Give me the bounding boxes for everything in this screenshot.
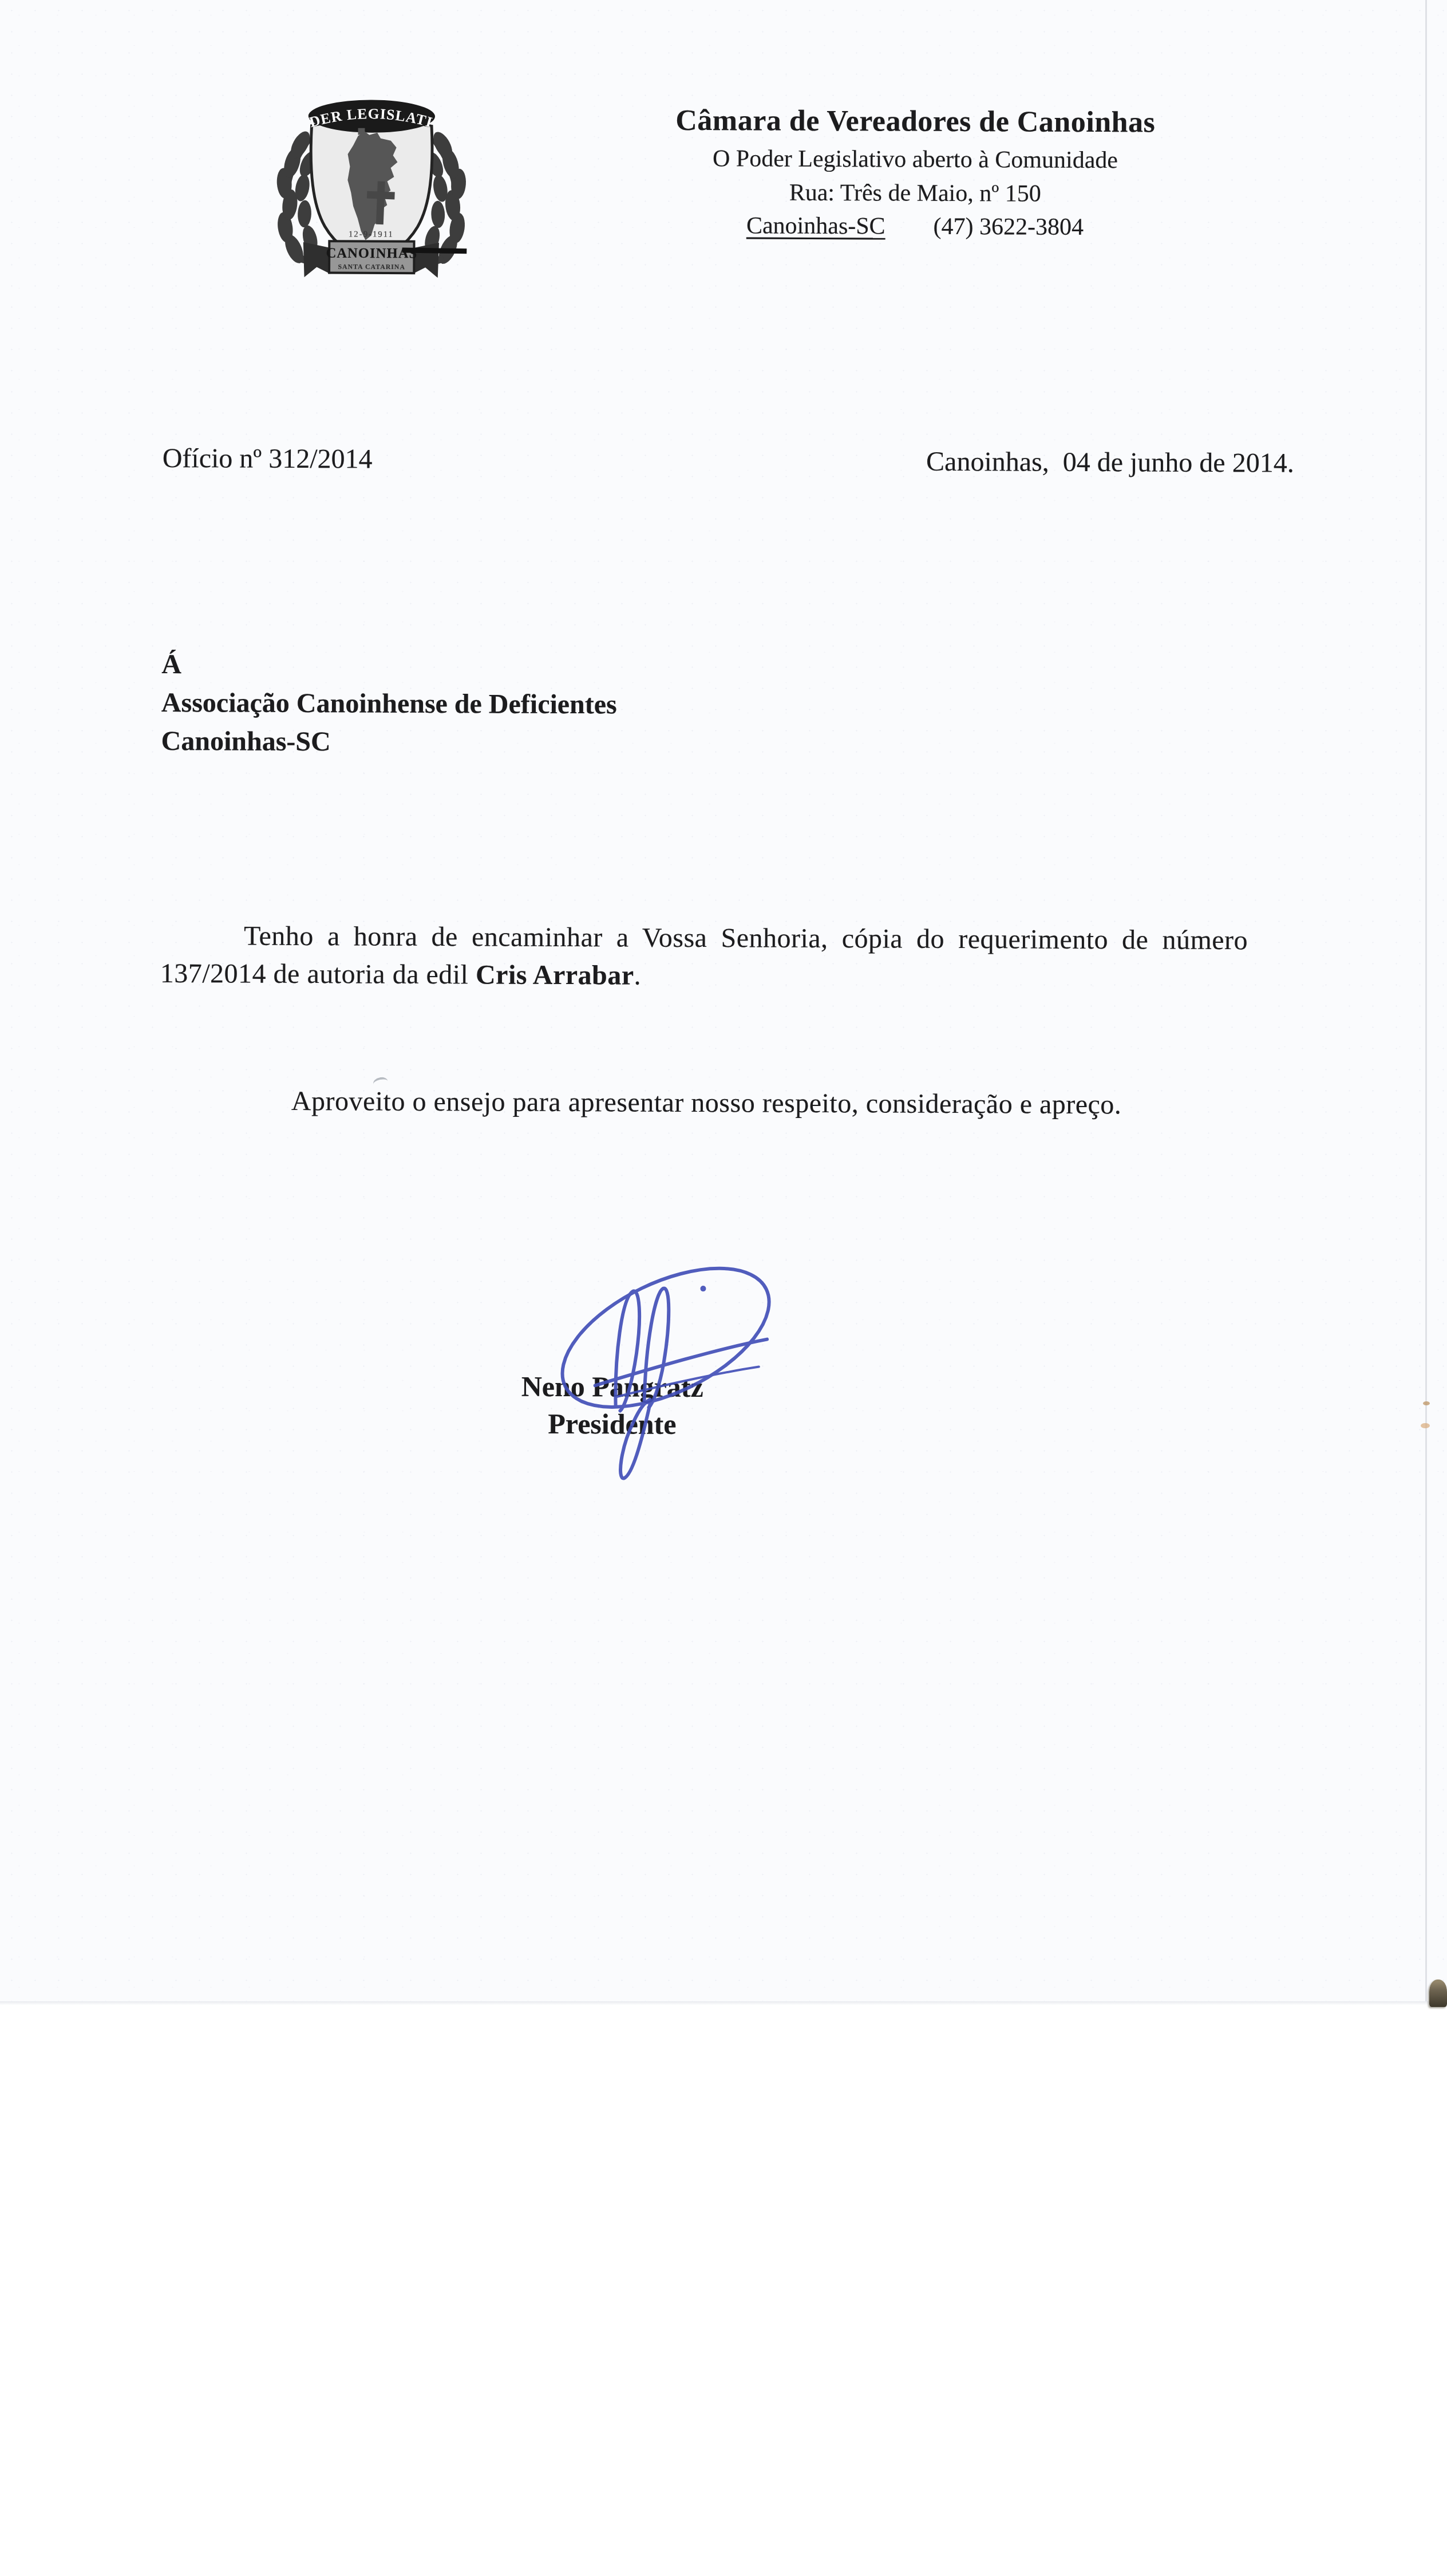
paragraph-1-period: .	[634, 961, 642, 991]
handwritten-signature	[531, 1251, 790, 1488]
body-paragraph-1: Tenho a honra de encaminhar a Vossa Senh…	[160, 917, 1248, 997]
org-phone: (47) 3622-3804	[934, 214, 1084, 240]
recipient-name: Associação Canoinhense de Deficientes	[161, 683, 617, 724]
scanned-letter-page: PODER LEGISLATIVO 12-9-1911	[0, 0, 1447, 2005]
recipient-block: Á Associação Canoinhense de Deficientes …	[161, 645, 617, 762]
logo-founding-date: 12-9-1911	[349, 230, 394, 239]
recipient-city: Canoinhas-SC	[161, 722, 616, 762]
org-city-phone: Canoinhas-SC(47) 3622-3804	[571, 211, 1258, 242]
logo-ribbon: CANOINHAS SANTA CATARINA	[303, 241, 439, 278]
recipient-salutation: Á	[161, 645, 617, 685]
coat-of-arms-icon: PODER LEGISLATIVO 12-9-1911	[275, 96, 468, 283]
org-tagline: O Poder Legislativo aberto à Comunidade	[572, 144, 1259, 175]
body-paragraph-2: Aproveito o ensejo para apresentar nosso…	[160, 1082, 1247, 1124]
org-city: Canoinhas-SC	[746, 212, 885, 239]
oficio-number: Ofício nº 312/2014	[163, 442, 373, 475]
scan-page-bottom-edge	[0, 2001, 1447, 2005]
coat-of-arms-logo: PODER LEGISLATIVO 12-9-1911	[275, 96, 468, 283]
pen-stroke-mark	[402, 248, 467, 254]
org-name: Câmara de Vereadores de Canoinhas	[572, 103, 1259, 140]
date-line: Canoinhas, 04 de junho de 2014.	[926, 446, 1294, 479]
reference-row: Ofício nº 312/2014 Canoinhas, 04 de junh…	[163, 442, 1294, 479]
author-name-bold: Cris Arrabar	[476, 959, 634, 990]
scan-corner-artifact	[1429, 1980, 1447, 2007]
org-address: Rua: Três de Maio, nº 150	[572, 178, 1259, 208]
letter-content: PODER LEGISLATIVO 12-9-1911	[0, 0, 1447, 2011]
signature-ink-icon	[531, 1251, 790, 1488]
ribbon-state-text: SANTA CATARINA	[338, 263, 405, 271]
paragraph-1-text: Tenho a honra de encaminhar a Vossa Senh…	[160, 921, 1248, 990]
letterhead: Câmara de Vereadores de Canoinhas O Pode…	[571, 103, 1259, 242]
paragraph-2-text: Aproveito o ensejo para apresentar nosso…	[291, 1086, 1122, 1120]
